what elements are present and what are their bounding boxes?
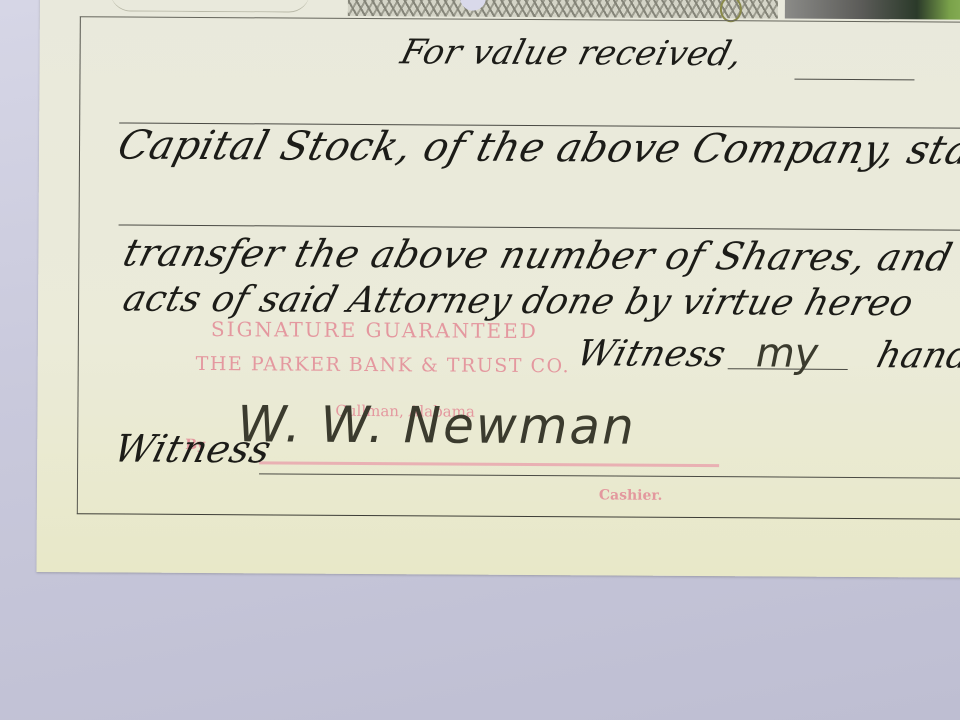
ink-ring-mark bbox=[720, 0, 742, 22]
stamp-bank-name: THE PARKER BANK & TRUST CO. bbox=[196, 353, 571, 377]
witness-label-1: Witness bbox=[573, 333, 731, 375]
certificate-paper: For value received, Capital Stock, of th… bbox=[36, 0, 960, 578]
scroll-ornament bbox=[110, 0, 310, 13]
stamp-cashier-title: Cashier. bbox=[599, 487, 663, 503]
capital-stock-text: Capital Stock, of the above Company, sta… bbox=[113, 123, 960, 174]
handwritten-my: my bbox=[756, 330, 819, 376]
guilloche-pattern bbox=[348, 0, 778, 19]
handwritten-signature: W. W. Newman bbox=[237, 395, 636, 455]
for-value-received-text: For value received, bbox=[397, 32, 747, 74]
transfer-shares-text: transfer the above number of Shares, and… bbox=[119, 231, 960, 281]
hand-text: hand bbox=[873, 335, 960, 377]
engraved-vignette bbox=[785, 0, 960, 20]
stamp-signature-guaranteed: SIGNATURE GUARANTEED bbox=[211, 317, 538, 343]
